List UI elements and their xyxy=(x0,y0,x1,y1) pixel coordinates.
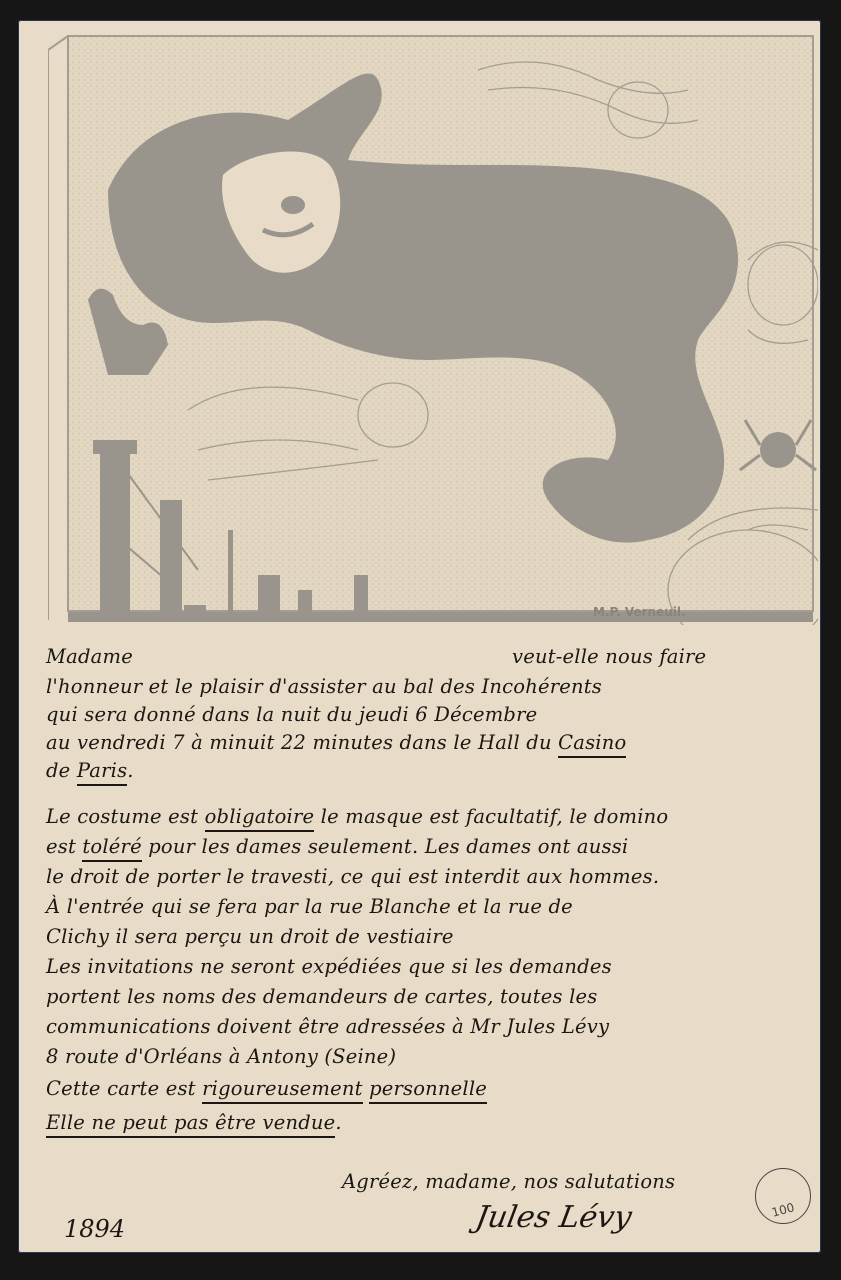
letter-line: Cette carte est rigoureusement personnel… xyxy=(46,1077,487,1100)
salutation: Madame xyxy=(46,645,133,668)
letter-line: le droit de porter le travesti, ce qui e… xyxy=(46,865,659,888)
letter-line: Elle ne peut pas être vendue. xyxy=(46,1111,342,1134)
text: Cette carte est xyxy=(46,1077,196,1100)
letter-line: Clichy il sera perçu un droit de vestiai… xyxy=(46,925,454,948)
underlined-text: Paris xyxy=(77,759,127,786)
text: le masque est facultatif, le domino xyxy=(321,805,669,828)
letter-line: Le costume est obligatoire le masque est… xyxy=(46,805,668,828)
invitation-card: M.P. Verneuil. Madame veut-elle nous fai… xyxy=(18,20,821,1253)
text: pour les dames seulement. Les dames ont … xyxy=(148,835,628,858)
letter-line: qui sera donné dans la nuit du jeudi 6 D… xyxy=(46,703,537,726)
signature: Jules Lévy xyxy=(473,1200,634,1235)
underlined-text: Elle ne peut pas être vendue xyxy=(46,1111,335,1138)
text: au vendredi 7 à minuit 22 minutes dans l… xyxy=(46,731,552,754)
letter-line: de Paris. xyxy=(46,759,134,782)
text: Le costume est xyxy=(46,805,198,828)
letter-line: Les invitations ne seront expédiées que … xyxy=(46,955,612,978)
illustration-artwork xyxy=(48,30,818,625)
letter-line: au vendredi 7 à minuit 22 minutes dans l… xyxy=(46,731,626,754)
stamp: 100 xyxy=(755,1168,811,1224)
underlined-text: Casino xyxy=(558,731,626,758)
text: . xyxy=(335,1111,341,1134)
letter-line: À l'entrée qui se fera par la rue Blanch… xyxy=(46,895,573,918)
letter-line: l'honneur et le plaisir d'assister au ba… xyxy=(46,675,602,698)
letter-line: communications doivent être adressées à … xyxy=(46,1015,609,1038)
stamp-number: 100 xyxy=(755,1196,811,1223)
underlined-text: personnelle xyxy=(369,1077,487,1104)
text: de xyxy=(46,759,70,782)
illustration: M.P. Verneuil. xyxy=(48,30,818,625)
year: 1894 xyxy=(64,1215,125,1243)
artist-signature: M.P. Verneuil. xyxy=(593,605,686,619)
closing: Agréez, madame, nos salutations xyxy=(342,1170,675,1193)
text: . xyxy=(127,759,133,782)
underlined-text: rigoureusement xyxy=(202,1077,363,1104)
underlined-text: toléré xyxy=(82,835,141,862)
text: est xyxy=(46,835,76,858)
letter-line: 8 route d'Orléans à Antony (Seine) xyxy=(46,1045,396,1068)
letter-line: est toléré pour les dames seulement. Les… xyxy=(46,835,628,858)
underlined-text: obligatoire xyxy=(205,805,315,832)
letter-line: portent les noms des demandeurs de carte… xyxy=(46,985,598,1008)
letter-line: veut-elle nous faire xyxy=(512,645,706,668)
